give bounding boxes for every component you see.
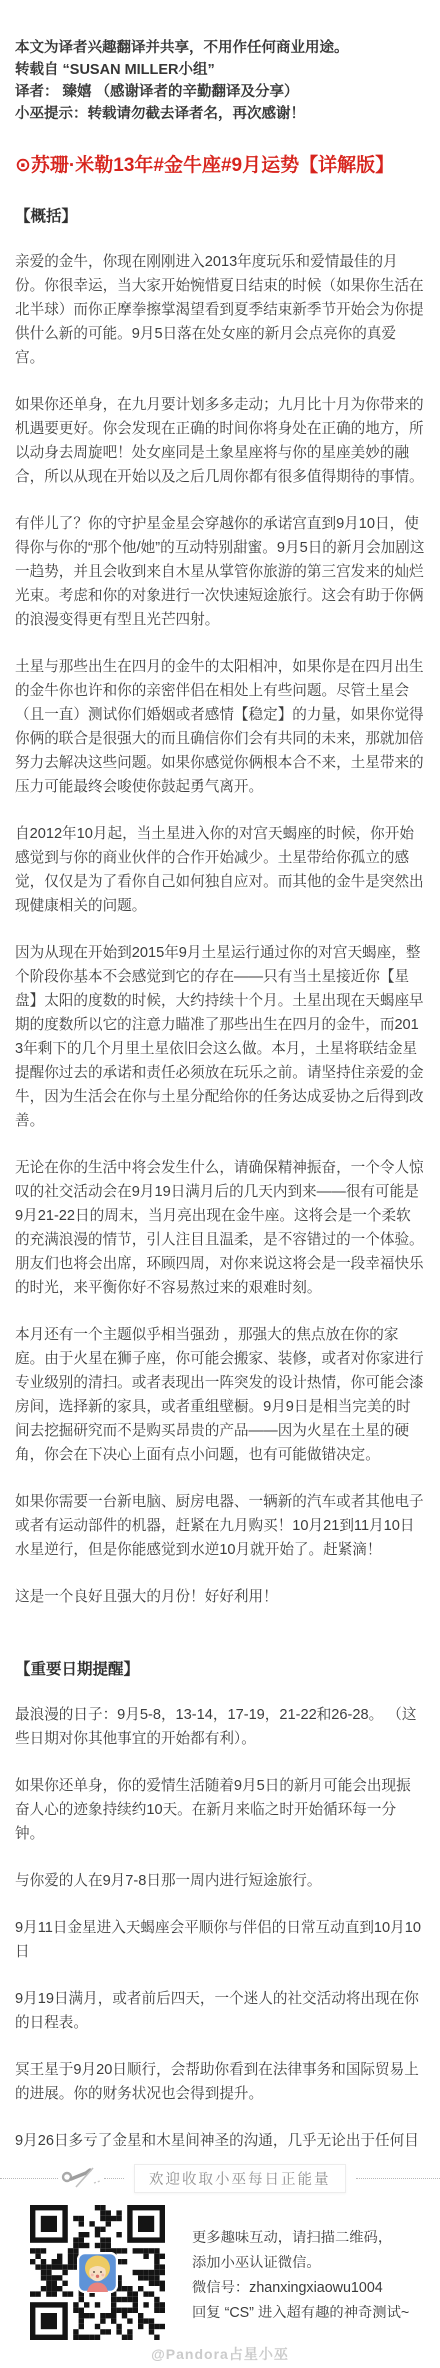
qr-caption-line: 回复 “CS” 进入超有趣的神奇测试~	[192, 2301, 409, 2326]
paragraph: 自2012年10月起，当土星进入你的对宫天蝎座的时候，你开始感觉到与你的商业伙伴…	[15, 822, 425, 918]
paragraph: 如果你需要一台新电脑、厨房电器、一辆新的汽车或者其他电子或者有运动部件的机器，赶…	[15, 1490, 425, 1562]
section-heading: 【重要日期提醒】	[15, 1659, 425, 1680]
paragraph: 9月19日满月，或者前后四天，一个迷人的社交活动将出现在你的日程表。	[15, 1987, 425, 2035]
notice-line: 转载自 “SUSAN MILLER小组”	[15, 59, 425, 81]
footer: 欢迎收取小巫每日正能量 更多趣味互动，请扫描二维码， 添加小巫认证微信。 微信号…	[0, 2152, 440, 2368]
qr-code	[30, 2205, 165, 2340]
cut-divider: 欢迎收取小巫每日正能量	[0, 2164, 440, 2192]
paragraph: 如果你还单身，你的爱情生活随着9月5日的新月可能会出现振奋人心的迹象持续约10天…	[15, 1774, 425, 1846]
qr-caption: 更多趣味互动，请扫描二维码， 添加小巫认证微信。 微信号：zhanxingxia…	[192, 2226, 409, 2326]
paragraph: 9月11日金星进入天蝎座会平顺你与伴侣的日常互动直到10月10日	[15, 1916, 425, 1964]
paragraph: 如果你还单身，在九月要计划多多走动；九月比十月为你带来的机遇要更好。你会发现在正…	[15, 393, 425, 489]
paragraph: 与你爱的人在9月7-8日那一周内进行短途旅行。	[15, 1869, 425, 1893]
divider-label: 欢迎收取小巫每日正能量	[134, 2164, 346, 2193]
notice-line: 本文为译者兴趣翻译并共享，不用作任何商业用途。	[15, 37, 425, 59]
dotted-line	[104, 2178, 124, 2179]
dotted-line	[356, 2178, 440, 2179]
paragraph: 冥王星于9月20日顺行，会帮助你看到在法律事务和国际贸易上的进展。你的财务状况也…	[15, 2058, 425, 2106]
paragraph: 土星与那些出生在四月的金牛的太阳相冲，如果你是在四月出生的金牛你也许和你的亲密伴…	[15, 655, 425, 799]
qr-avatar	[77, 2252, 118, 2293]
paragraph: 因为从现在开始到2015年9月土星运行通过你的对宫天蝎座，整个阶段你基本不会感觉…	[15, 941, 425, 1133]
paragraph: 无论在你的生活中将会发生什么，请确保精神振奋，一个令人惊叹的社交活动会在9月19…	[15, 1156, 425, 1300]
paragraph: 有伴儿了？你的守护星金星会穿越你的承诺宫直到9月10日，使得你与你的“那个他/她…	[15, 512, 425, 632]
article-title: ⊙苏珊·米勒13年#金牛座#9月运势【详解版】	[15, 153, 425, 179]
watermark-credit: @Pandora占星小巫	[0, 2344, 440, 2364]
article-page: 本文为译者兴趣翻译并共享，不用作任何商业用途。转载自 “SUSAN MILLER…	[0, 0, 440, 2201]
paragraph: 本月还有一个主题似乎相当强劲 ，那强大的焦点放在你的家庭。由于火星在狮子座，你可…	[15, 1323, 425, 1467]
qr-caption-line: 添加小巫认证微信。	[192, 2251, 409, 2276]
scissors-icon	[60, 2165, 102, 2191]
article-body: 本文为译者兴趣翻译并共享，不用作任何商业用途。转载自 “SUSAN MILLER…	[15, 37, 425, 2201]
section-heading: 【概括】	[15, 206, 425, 227]
paragraph: 亲爱的金牛，你现在刚刚进入2013年度玩乐和爱情最佳的月份。你很幸运，当大家开始…	[15, 250, 425, 370]
paragraph: 最浪漫的日子：9月5-8，13-14，17-19，21-22和26-28。 （这…	[15, 1703, 425, 1751]
notice-line: 小巫提示：转载请勿截去译者名，再次感谢！	[15, 103, 425, 125]
notice-line: 译者： 臻嬉 （感谢译者的辛勤翻译及分享）	[15, 81, 425, 103]
paragraph: 这是一个良好且强大的月份！好好利用！	[15, 1585, 425, 1609]
dotted-line	[0, 2178, 58, 2179]
qr-caption-line: 微信号：zhanxingxiaowu1004	[192, 2276, 409, 2301]
qr-caption-line: 更多趣味互动，请扫描二维码，	[192, 2226, 409, 2251]
